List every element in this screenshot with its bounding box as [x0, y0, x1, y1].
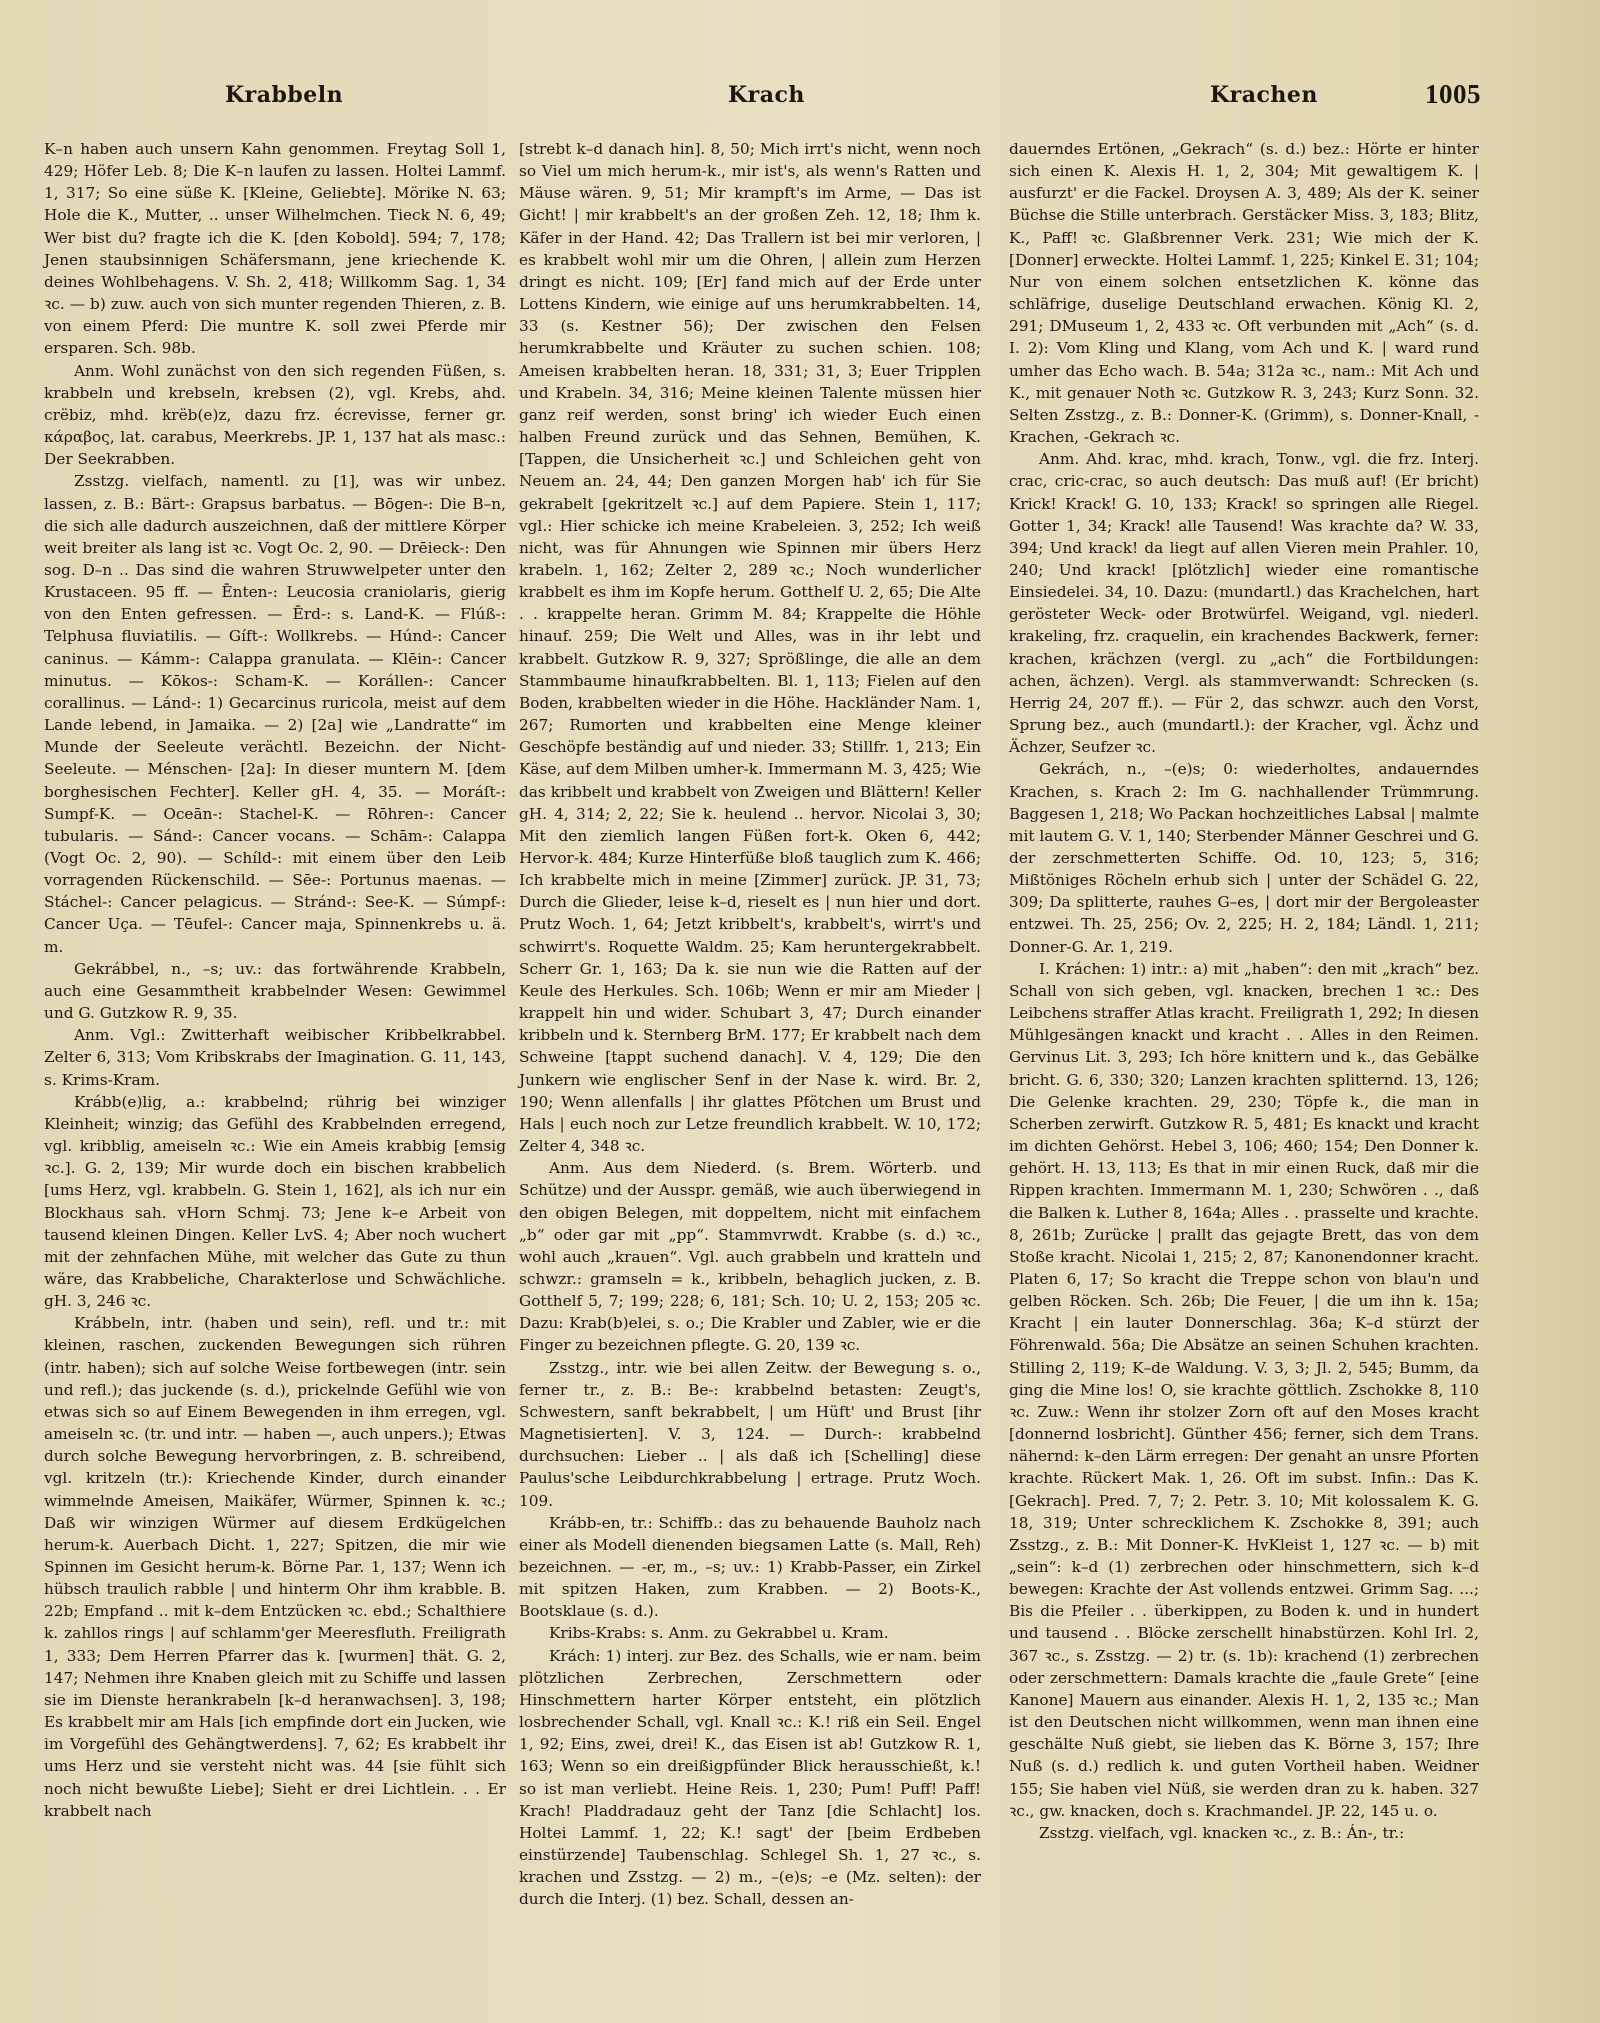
note-paragraph: Anm. Ahd. krac, mhd. krach, Tonw., vgl. …	[1009, 448, 1479, 758]
entry-gekrach: Gekrách, n., –(e)s; 0: wiederholtes, and…	[1009, 758, 1479, 957]
column-3: dauerndes Ertönen, „Gekrach“ (s. d.) bez…	[1009, 138, 1479, 1844]
entry-paragraph: K–n haben auch unsern Kahn genommen. Fre…	[44, 138, 506, 360]
entry-krabben: Krább-en, tr.: Schiffb.: das zu behauend…	[519, 1512, 981, 1623]
right-guideword: Krachen	[1210, 82, 1318, 108]
compounds-paragraph: Zsstzg. vielfach, namentl. zu [1], was w…	[44, 470, 506, 957]
note-paragraph: Anm. Aus dem Niederd. (s. Brem. Wörterb.…	[519, 1157, 981, 1356]
left-guideword: Krabbeln	[225, 82, 343, 108]
entry-paragraph: dauerndes Ertönen, „Gekrach“ (s. d.) bez…	[1009, 138, 1479, 448]
entry-gekrabbel: Gekrábbel, n., –s; uv.: das fortwährende…	[44, 958, 506, 1024]
note-paragraph: Anm. Wohl zunächst von den sich regenden…	[44, 360, 506, 471]
entry-krach: Krách: 1) interj. zur Bez. des Schalls, …	[519, 1645, 981, 1911]
entry-krabbelig: Krább(e)lig, a.: krabbelnd; rührig bei w…	[44, 1091, 506, 1313]
compounds-paragraph: Zsstzg. vielfach, vgl. knacken ꝛc., z. B…	[1009, 1822, 1479, 1844]
entry-paragraph: [strebt k–d danach hin]. 8, 50; Mich irr…	[519, 138, 981, 1157]
entry-kribs-krabs: Kribs-Krabs: s. Anm. zu Gekrabbel u. Kra…	[519, 1622, 981, 1644]
column-2: [strebt k–d danach hin]. 8, 50; Mich irr…	[519, 138, 981, 1911]
note-paragraph: Anm. Vgl.: Zwitterhaft weibischer Kribbe…	[44, 1024, 506, 1090]
page-header: Krabbeln Krach Krachen 1005	[40, 82, 1480, 122]
column-1: K–n haben auch unsern Kahn genommen. Fre…	[44, 138, 506, 1822]
page-number: 1005	[1425, 79, 1481, 110]
entry-krachen: I. Kráchen: 1) intr.: a) mit „haben“: de…	[1009, 958, 1479, 1822]
compounds-paragraph: Zsstzg., intr. wie bei allen Zeitw. der …	[519, 1357, 981, 1512]
center-guideword: Krach	[728, 82, 805, 108]
entry-krabbeln: Krábbeln, intr. (haben und sein), refl. …	[44, 1312, 506, 1822]
